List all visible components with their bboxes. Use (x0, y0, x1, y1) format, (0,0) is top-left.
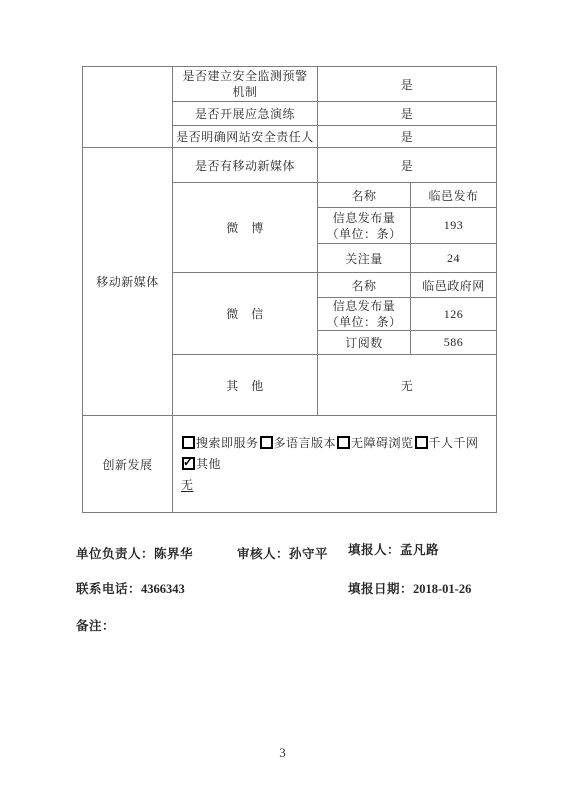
date-label: 填报日期： (348, 582, 413, 596)
innovation-option: 搜索即服务 (181, 436, 259, 450)
wechat-label-cell: 微 信 (173, 273, 318, 355)
phone-value: 4366343 (141, 582, 185, 596)
section-cell-empty (83, 67, 173, 148)
wechat-name-label: 名称 (318, 273, 411, 298)
innovation-options-cell: 搜索即服务多语言版本无障碍浏览千人千网✓其他 无 (173, 416, 497, 513)
table-row: 创新发展 搜索即服务多语言版本无障碍浏览千人千网✓其他 无 (83, 416, 497, 513)
weibo-name-label: 名称 (318, 183, 411, 208)
question-security-responsible: 是否明确网站安全责任人 (173, 126, 318, 148)
auditor-field: 审核人：孙守平 (237, 544, 328, 562)
filler-value: 孟凡路 (400, 543, 439, 557)
option-label: 多语言版本 (274, 436, 337, 450)
date-value: 2018-01-26 (413, 582, 471, 596)
innovation-other-text: 无 (181, 478, 194, 492)
checkbox-multilanguage[interactable] (260, 436, 273, 449)
date-field: 填报日期：2018-01-26 (348, 579, 471, 597)
wechat-volume-label: 信息发布量 （单位：条） (318, 298, 411, 331)
phone-label: 联系电话： (76, 582, 141, 596)
answer-security-responsible: 是 (318, 126, 497, 148)
option-label: 搜索即服务 (196, 436, 259, 450)
question-security-monitor: 是否建立安全监测预警 机制 (173, 67, 318, 102)
weibo-volume-value: 193 (411, 208, 497, 244)
answer-emergency-drill: 是 (318, 102, 497, 126)
filler-field: 填报人：孟凡路 (348, 540, 439, 558)
answer-security-monitor: 是 (318, 67, 497, 102)
option-label: 无障碍浏览 (351, 436, 414, 450)
innovation-option: ✓其他 (181, 457, 221, 471)
option-label: 其他 (196, 457, 221, 471)
other-media-label: 其 他 (173, 355, 318, 416)
wechat-volume-value: 126 (411, 298, 497, 331)
other-media-value: 无 (318, 355, 497, 416)
checkbox-accessibility[interactable] (337, 436, 350, 449)
check-mark-icon: ✓ (183, 452, 193, 473)
section-cell-mobile-media: 移动新媒体 (83, 148, 173, 416)
option-label: 千人千网 (429, 436, 479, 450)
remark-field: 备注： (76, 616, 115, 634)
section-cell-innovation: 创新发展 (83, 416, 173, 513)
question-has-new-media: 是否有移动新媒体 (173, 148, 318, 183)
unit-head-field: 单位负责人：陈界华 (76, 544, 193, 562)
report-page: { "table": { "security": { "monitor_q": … (0, 0, 565, 800)
answer-has-new-media: 是 (318, 148, 497, 183)
phone-field: 联系电话：4366343 (76, 579, 185, 597)
filler-label: 填报人： (348, 543, 400, 557)
table-row: 是否建立安全监测预警 机制 是 (83, 67, 497, 102)
auditor-value: 孙守平 (289, 547, 328, 561)
innovation-option: 多语言版本 (259, 436, 337, 450)
weibo-followers-value: 24 (411, 244, 497, 273)
question-emergency-drill: 是否开展应急演练 (173, 102, 318, 126)
annual-report-table: 是否建立安全监测预警 机制 是 是否开展应急演练 是 是否明确网站安全责任人 是… (82, 66, 497, 513)
wechat-name-value: 临邑政府网 (411, 273, 497, 298)
innovation-option: 无障碍浏览 (336, 436, 414, 450)
weibo-volume-label: 信息发布量 （单位：条） (318, 208, 411, 244)
page-number: 3 (0, 745, 565, 761)
wechat-subscribers-value: 586 (411, 331, 497, 355)
table-row: 移动新媒体 是否有移动新媒体 是 (83, 148, 497, 183)
weibo-followers-label: 关注量 (318, 244, 411, 273)
auditor-label: 审核人： (237, 547, 289, 561)
weibo-name-value: 临邑发布 (411, 183, 497, 208)
checkbox-other[interactable]: ✓ (182, 457, 195, 470)
unit-head-label: 单位负责人： (76, 547, 154, 561)
innovation-option: 千人千网 (414, 436, 479, 450)
wechat-subscribers-label: 订阅数 (318, 331, 411, 355)
checkbox-thousand-sites[interactable] (415, 436, 428, 449)
checkbox-search-service[interactable] (182, 436, 195, 449)
weibo-label-cell: 微 博 (173, 183, 318, 273)
unit-head-value: 陈界华 (154, 547, 193, 561)
remark-label: 备注： (76, 619, 115, 633)
